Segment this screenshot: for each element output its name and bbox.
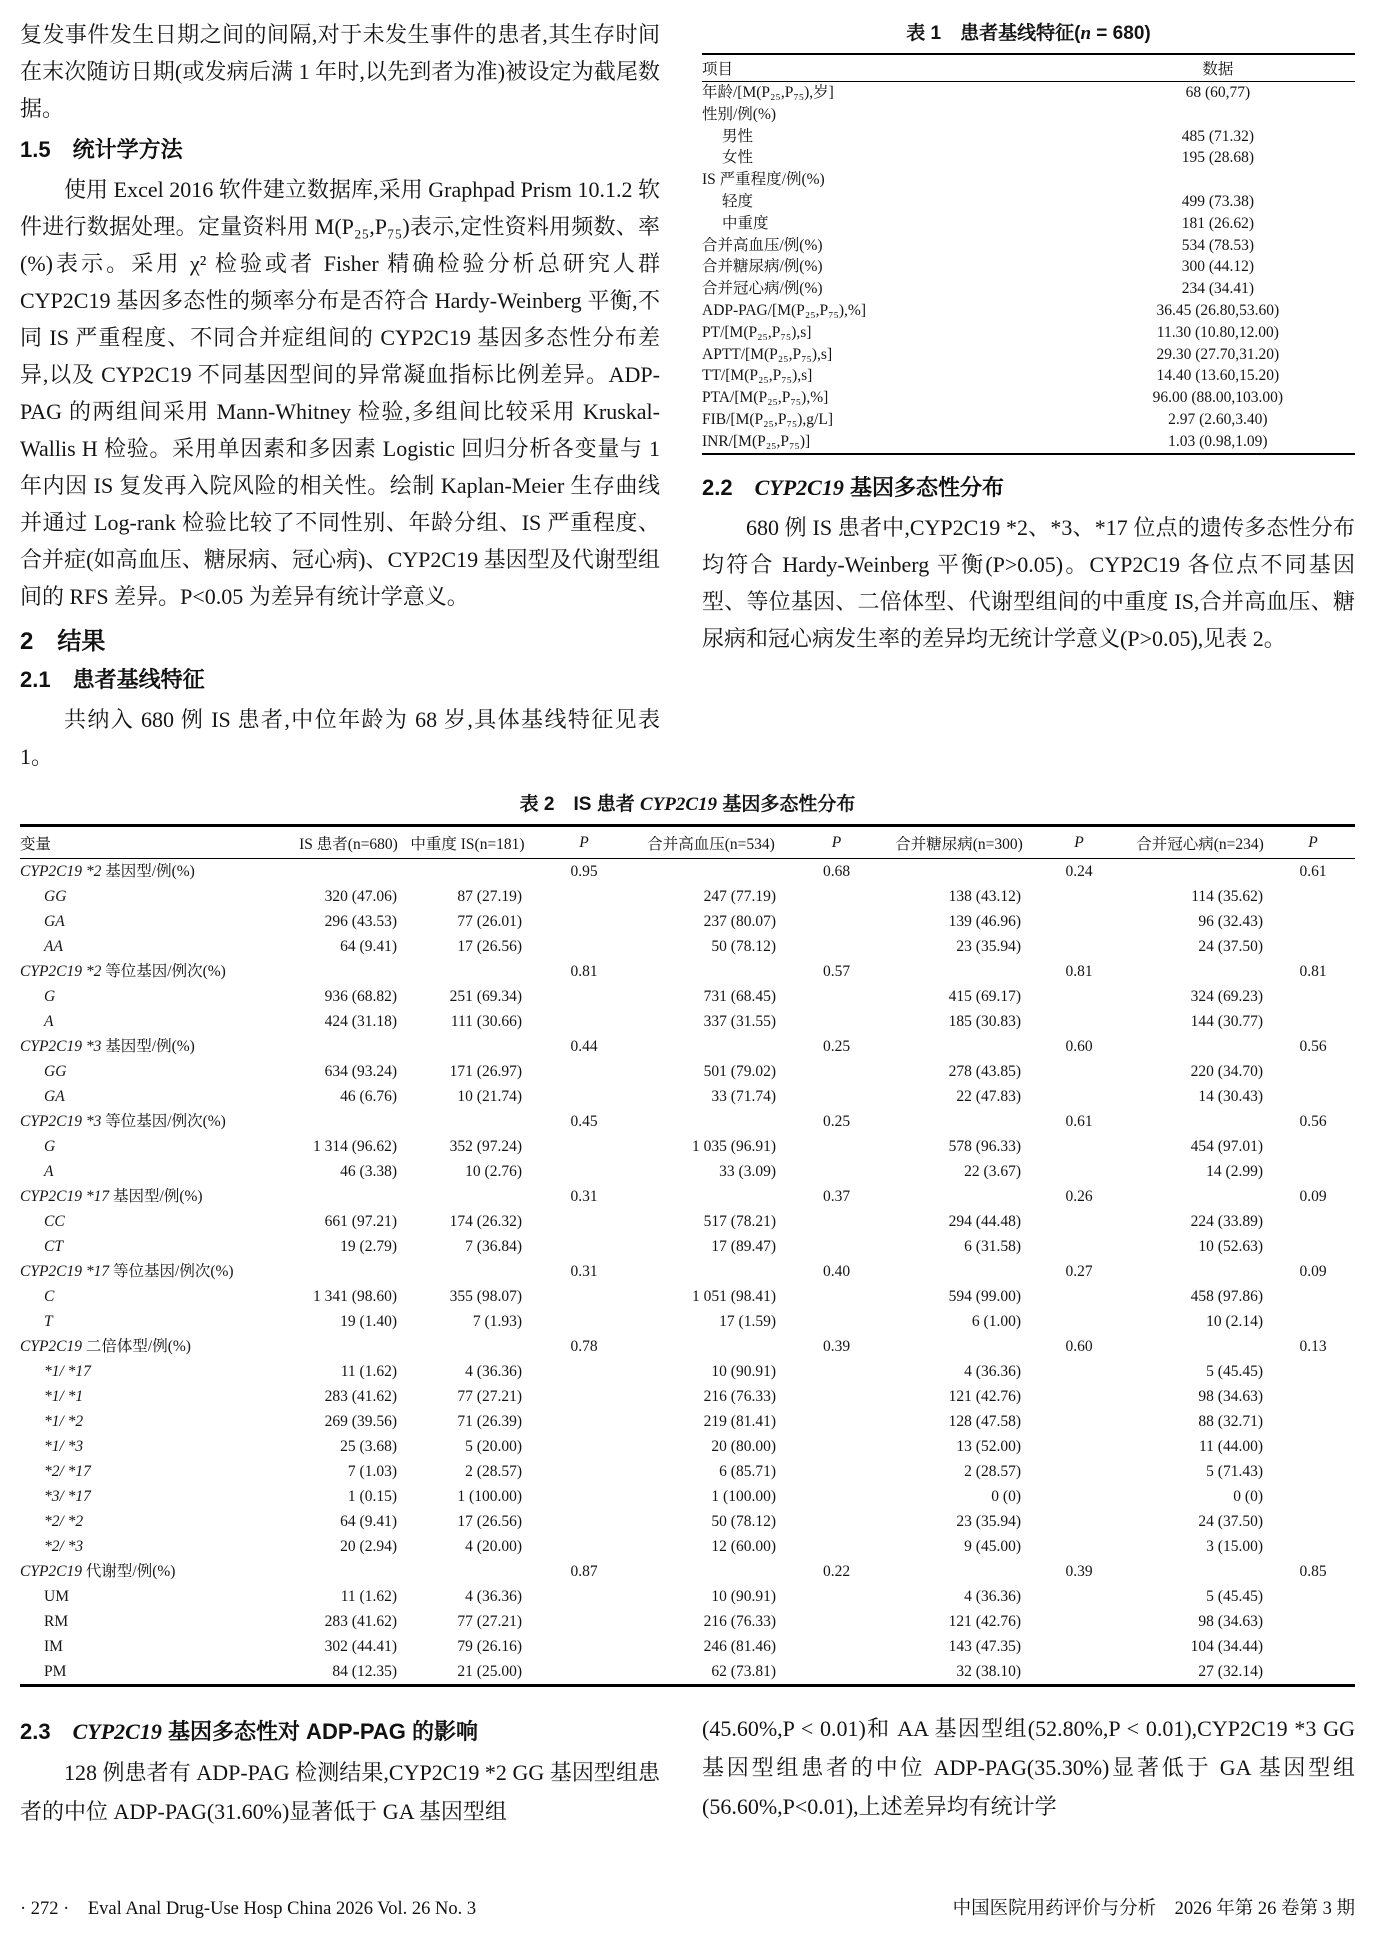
table2-cell: 114 (35.62) (1129, 884, 1271, 909)
table2-cell: 77 (26.01) (405, 909, 530, 934)
table2-p-value (1029, 1584, 1129, 1609)
table2-cell: 185 (30.83) (889, 1009, 1029, 1034)
table1-row: APTT/[M(P₂₅,P₇₅),s]29.30 (27.70,31.20) (702, 344, 1355, 366)
table2-row: CYP2C19 *3 等位基因/例次(%)0.450.250.610.56 (20, 1109, 1355, 1134)
table2-p-value (1029, 1159, 1129, 1184)
bottom-left-column: 2.3 CYP2C19 基因多态性对 ADP-PAG 的影响 128 例患者有 … (20, 1709, 660, 1831)
table2-cell: 9 (45.00) (889, 1534, 1029, 1559)
table2-cell: 11 (44.00) (1129, 1434, 1271, 1459)
table2-cell: 79 (26.16) (405, 1634, 530, 1659)
footer-journal-en: · 272 · Eval Anal Drug-Use Hosp China 20… (20, 1894, 476, 1920)
table2-p-value: 0.25 (784, 1109, 889, 1134)
table2-p-value (1029, 1634, 1129, 1659)
table2-p-value: 0.85 (1271, 1559, 1355, 1584)
table2-cell: 283 (41.62) (292, 1609, 405, 1634)
table2-p-value: 0.81 (530, 959, 638, 984)
table2-cell: 22 (47.83) (889, 1084, 1029, 1109)
table2-row-label: RM (20, 1609, 292, 1634)
table2-p-value (530, 1284, 638, 1309)
table2-title-em: CYP2C19 (640, 794, 717, 815)
table2-row: IM302 (44.41)79 (26.16)246 (81.46)143 (4… (20, 1634, 1355, 1659)
table2-cell: 2 (28.57) (405, 1459, 530, 1484)
table2-p-value (1271, 1059, 1355, 1084)
table2-cell: 220 (34.70) (1129, 1059, 1271, 1084)
table2-row-label: CYP2C19 *17 等位基因/例次(%) (20, 1259, 292, 1284)
table1-item-label: 年龄/[M(P₂₅,P₇₅),岁] (702, 82, 1081, 104)
table2-cell: 98 (34.63) (1129, 1609, 1271, 1634)
table2-header-p: P (530, 826, 638, 859)
table2-p-value (1029, 1359, 1129, 1384)
table2-p-value: 0.87 (530, 1559, 638, 1584)
table2-p-value: 0.81 (1271, 959, 1355, 984)
table2-cell (292, 1034, 405, 1059)
table2-p-value: 0.27 (1029, 1259, 1129, 1284)
table2-cell: 320 (47.06) (292, 884, 405, 909)
section-2-2: 2.2 CYP2C19 基因多态性分布 680 例 IS 患者中,CYP2C19… (702, 473, 1355, 657)
table1-item-label: TT/[M(P₂₅,P₇₅),s] (702, 365, 1081, 387)
table2-p-value (530, 1059, 638, 1084)
bottom-right-column: (45.60%,P < 0.01)和 AA 基因型组(52.80%,P < 0.… (702, 1709, 1355, 1826)
table2-p-value (530, 1534, 638, 1559)
table2-cell: 171 (26.97) (405, 1059, 530, 1084)
table2-p-value (784, 1584, 889, 1609)
table2-row-label: CT (20, 1234, 292, 1259)
table2-cell: 501 (79.02) (638, 1059, 784, 1084)
table2-p-value (530, 1134, 638, 1159)
table2-header-group: 合并高血压(n=534) (638, 826, 784, 859)
table2-cell: 23 (35.94) (889, 1509, 1029, 1534)
table1-item-label: FIB/[M(P₂₅,P₇₅),g/L] (702, 409, 1081, 431)
table2-header-row: 变量IS 患者(n=680)中重度 IS(n=181)P合并高血压(n=534)… (20, 826, 1355, 859)
table2-p-value (530, 984, 638, 1009)
table2-cell (638, 1184, 784, 1209)
table2-p-value (1271, 984, 1355, 1009)
table2-cell (292, 859, 405, 885)
table2-p-value (784, 1159, 889, 1184)
section-2-3-heading: 2.3 CYP2C19 基因多态性对 ADP-PAG 的影响 (20, 1717, 660, 1747)
table2-cell: 294 (44.48) (889, 1209, 1029, 1234)
table2-cell (405, 1109, 530, 1134)
table2-cell: 144 (30.77) (1129, 1009, 1271, 1034)
table2-p-value (1029, 1484, 1129, 1509)
table2-p-value (530, 934, 638, 959)
table1-item-label: APTT/[M(P₂₅,P₇₅),s] (702, 344, 1081, 366)
table2-cell (405, 1334, 530, 1359)
table2-row: CYP2C19 *3 基因型/例(%)0.440.250.600.56 (20, 1034, 1355, 1059)
table2-p-value (530, 1409, 638, 1434)
table2-cell: 143 (47.35) (889, 1634, 1029, 1659)
table2-cell: 1 341 (98.60) (292, 1284, 405, 1309)
table2-p-value (530, 1084, 638, 1109)
table1-row: 轻度499 (73.38) (702, 191, 1355, 213)
section-2-2-heading: 2.2 CYP2C19 基因多态性分布 (702, 473, 1355, 503)
table2-row: A46 (3.38)10 (2.76)33 (3.09)22 (3.67)14 … (20, 1159, 1355, 1184)
table2-p-value (1029, 1459, 1129, 1484)
table2-header-variable: 变量 (20, 826, 292, 859)
table1-row: 合并糖尿病/例(%)300 (44.12) (702, 256, 1355, 278)
table2-p-value (530, 1434, 638, 1459)
table2-cell: 1 051 (98.41) (638, 1284, 784, 1309)
table2-p-value (1029, 1384, 1129, 1409)
table2-cell: 128 (47.58) (889, 1409, 1029, 1434)
table2-p-value (784, 1484, 889, 1509)
table2-cell: 23 (35.94) (889, 934, 1029, 959)
table2-p-value (1271, 1409, 1355, 1434)
table2-cell (889, 859, 1029, 885)
section-1-5-paragraph: 使用 Excel 2016 软件建立数据库,采用 Graphpad Prism … (20, 171, 660, 615)
table2-p-value: 0.39 (784, 1334, 889, 1359)
table2-row-label: G (20, 984, 292, 1009)
table2-p-value: 0.78 (530, 1334, 638, 1359)
table2-row: *3/ *171 (0.15)1 (100.00)1 (100.00)0 (0)… (20, 1484, 1355, 1509)
table2-p-value (784, 1634, 889, 1659)
table2-p-value (784, 909, 889, 934)
table2-cell: 11 (1.62) (292, 1359, 405, 1384)
table2-cell: 355 (98.07) (405, 1284, 530, 1309)
table2-cell: 594 (99.00) (889, 1284, 1029, 1309)
table2-p-value (1029, 909, 1129, 934)
table2-row-label: *2/ *3 (20, 1534, 292, 1559)
table2-p-value (1271, 1084, 1355, 1109)
table2-cell: 10 (2.76) (405, 1159, 530, 1184)
table2-row: G936 (68.82)251 (69.34)731 (68.45)415 (6… (20, 984, 1355, 1009)
table2-cell: 50 (78.12) (638, 1509, 784, 1534)
table1-item-label: 合并高血压/例(%) (702, 235, 1081, 257)
table2-p-value (784, 1434, 889, 1459)
table2-cell: 98 (34.63) (1129, 1384, 1271, 1409)
table2-p-value (1029, 1509, 1129, 1534)
table2-cell (889, 1259, 1029, 1284)
table2-cell: 111 (30.66) (405, 1009, 530, 1034)
table2-p-value (784, 1659, 889, 1686)
table2-cell (638, 1034, 784, 1059)
table2-cell (405, 1259, 530, 1284)
table2-cell (889, 1034, 1029, 1059)
table1-item-value: 14.40 (13.60,15.20) (1081, 365, 1355, 387)
table2-cell: 96 (32.43) (1129, 909, 1271, 934)
table2-cell: 0 (0) (1129, 1484, 1271, 1509)
table2-cell (292, 959, 405, 984)
table2-cell: 251 (69.34) (405, 984, 530, 1009)
table2-cell: 4 (36.36) (405, 1359, 530, 1384)
table2-cell: 454 (97.01) (1129, 1134, 1271, 1159)
table2-cell (1129, 859, 1271, 885)
table1-title-em: n (1080, 23, 1091, 44)
table2-cell: 296 (43.53) (292, 909, 405, 934)
table2-cell (1129, 1559, 1271, 1584)
table2-cell: 6 (85.71) (638, 1459, 784, 1484)
table2-p-value (1271, 1234, 1355, 1259)
table2-row-label: IM (20, 1634, 292, 1659)
table2-header-p: P (1029, 826, 1129, 859)
table2-cell: 14 (2.99) (1129, 1159, 1271, 1184)
table2-p-value (1271, 1609, 1355, 1634)
table2-cell (1129, 1259, 1271, 1284)
table2-cell: 458 (97.86) (1129, 1284, 1271, 1309)
table2-row: G1 314 (96.62)352 (97.24)1 035 (96.91)57… (20, 1134, 1355, 1159)
table1-item-value: 29.30 (27.70,31.20) (1081, 344, 1355, 366)
table1-title: 表 1 患者基线特征(n = 680) (702, 18, 1355, 45)
table2-cell: 283 (41.62) (292, 1384, 405, 1409)
table2-cell: 121 (42.76) (889, 1609, 1029, 1634)
table2-cell (638, 959, 784, 984)
table2-p-value: 0.37 (784, 1184, 889, 1209)
table2-cell: 121 (42.76) (889, 1384, 1029, 1409)
table2-p-value (530, 1209, 638, 1234)
table2-cell: 10 (2.14) (1129, 1309, 1271, 1334)
table2-cell: 10 (21.74) (405, 1084, 530, 1109)
table2-row: *2/ *177 (1.03)2 (28.57)6 (85.71)2 (28.5… (20, 1459, 1355, 1484)
table2-cell (405, 959, 530, 984)
table2-p-value: 0.61 (1029, 1109, 1129, 1134)
table2-p-value (530, 1234, 638, 1259)
table1-item-label: INR/[M(P₂₅,P₇₅)] (702, 431, 1081, 454)
table2-cell (1129, 1109, 1271, 1134)
table1-row: 中重度181 (26.62) (702, 213, 1355, 235)
table2-cell: 10 (90.91) (638, 1359, 784, 1384)
table2-p-value (1271, 1209, 1355, 1234)
table2-cell (405, 1184, 530, 1209)
table2-cell: 2 (28.57) (889, 1459, 1029, 1484)
table2-cell: 4 (36.36) (405, 1584, 530, 1609)
table2-p-value (784, 1284, 889, 1309)
table2-cell: 17 (1.59) (638, 1309, 784, 1334)
table2-cell (889, 1109, 1029, 1134)
section-2-3-paragraph-left: 128 例患者有 ADP-PAG 检测结果,CYP2C19 *2 GG 基因型组… (20, 1753, 660, 1831)
table2-cell: 20 (80.00) (638, 1434, 784, 1459)
table2-row: *2/ *320 (2.94)4 (20.00)12 (60.00)9 (45.… (20, 1534, 1355, 1559)
table2-cell: 64 (9.41) (292, 1509, 405, 1534)
table2-cell: 0 (0) (889, 1484, 1029, 1509)
table1-item-value: 2.97 (2.60,3.40) (1081, 409, 1355, 431)
table2-cell: 6 (31.58) (889, 1234, 1029, 1259)
table2-row-label: A (20, 1159, 292, 1184)
table2-cell: 32 (38.10) (889, 1659, 1029, 1686)
table1-item-value: 68 (60,77) (1081, 82, 1355, 104)
table2-row-label: T (20, 1309, 292, 1334)
table2-row-label: *1/ *2 (20, 1409, 292, 1434)
table2-p-value: 0.31 (530, 1259, 638, 1284)
table2-cell: 237 (80.07) (638, 909, 784, 934)
table2-row-label: PM (20, 1659, 292, 1686)
table2-p-value (1271, 1659, 1355, 1686)
table2-cell: 10 (52.63) (1129, 1234, 1271, 1259)
table1-header-data: 数据 (1081, 54, 1355, 82)
table2-row: PM84 (12.35)21 (25.00)62 (73.81)32 (38.1… (20, 1659, 1355, 1686)
table2-p-value (1271, 1284, 1355, 1309)
table2-p-value (530, 1659, 638, 1686)
table2-row-label: UM (20, 1584, 292, 1609)
table2-row: CYP2C19 代谢型/例(%)0.870.220.390.85 (20, 1559, 1355, 1584)
table2-p-value (1271, 1384, 1355, 1409)
table2-cell: 46 (6.76) (292, 1084, 405, 1109)
table2-p-value: 0.45 (530, 1109, 638, 1134)
table1-row: 合并冠心病/例(%)234 (34.41) (702, 278, 1355, 300)
table2-p-value (1029, 1434, 1129, 1459)
table2-p-value: 0.09 (1271, 1259, 1355, 1284)
table1-item-label: 中重度 (702, 213, 1081, 235)
table2-p-value (1271, 1434, 1355, 1459)
table2-p-value (784, 1509, 889, 1534)
table2-cell: 64 (9.41) (292, 934, 405, 959)
table1-item-value: 11.30 (10.80,12.00) (1081, 322, 1355, 344)
table2-cell: 216 (76.33) (638, 1609, 784, 1634)
table2-title-prefix: 表 2 IS 患者 (520, 794, 640, 815)
section-2-3-paragraph-right: (45.60%,P < 0.01)和 AA 基因型组(52.80%,P < 0.… (702, 1709, 1355, 1826)
table2-p-value (1271, 1459, 1355, 1484)
table2-cell: 302 (44.41) (292, 1634, 405, 1659)
table2-row: GG320 (47.06)87 (27.19)247 (77.19)138 (4… (20, 884, 1355, 909)
table2-cell: 216 (76.33) (638, 1384, 784, 1409)
table2-row: GG634 (93.24)171 (26.97)501 (79.02)278 (… (20, 1059, 1355, 1084)
table2-cell: 71 (26.39) (405, 1409, 530, 1434)
table2-p-value (1271, 1509, 1355, 1534)
table1-item-label: ADP-PAG/[M(P₂₅,P₇₅),%] (702, 300, 1081, 322)
table2-cell: 11 (1.62) (292, 1584, 405, 1609)
table2-p-value (784, 884, 889, 909)
table2-p-value (784, 1534, 889, 1559)
table2-row-label: CYP2C19 *17 基因型/例(%) (20, 1184, 292, 1209)
section-2-2-number: 2.2 (702, 475, 755, 500)
table2-row: CYP2C19 *17 基因型/例(%)0.310.370.260.09 (20, 1184, 1355, 1209)
table2-cell: 17 (26.56) (405, 1509, 530, 1534)
table2-cell: 17 (26.56) (405, 934, 530, 959)
table2-cell: 269 (39.56) (292, 1409, 405, 1434)
table1-row: 合并高血压/例(%)534 (78.53) (702, 235, 1355, 257)
table2-cell (405, 859, 530, 885)
table2-cell: 4 (36.36) (889, 1359, 1029, 1384)
table1-item-value: 195 (28.68) (1081, 147, 1355, 169)
table2-cell: 14 (30.43) (1129, 1084, 1271, 1109)
table1-item-label: 女性 (702, 147, 1081, 169)
table2-cell: 25 (3.68) (292, 1434, 405, 1459)
table2-cell: 7 (1.03) (292, 1459, 405, 1484)
table1-item-label: PTA/[M(P₂₅,P₇₅),%] (702, 387, 1081, 409)
table1-title-rest: = 680) (1091, 23, 1151, 44)
table2-p-value (1029, 984, 1129, 1009)
table2-cell: 1 (0.15) (292, 1484, 405, 1509)
table2-row-label: CYP2C19 *3 基因型/例(%) (20, 1034, 292, 1059)
table2-row: *1/ *325 (3.68)5 (20.00)20 (80.00)13 (52… (20, 1434, 1355, 1459)
table2-p-value: 0.40 (784, 1259, 889, 1284)
table2-p-value (1029, 1534, 1129, 1559)
table2-p-value (784, 1084, 889, 1109)
table2-cell: 139 (46.96) (889, 909, 1029, 934)
table2-row-label: A (20, 1009, 292, 1034)
table2-row: *1/ *1711 (1.62)4 (36.36)10 (90.91)4 (36… (20, 1359, 1355, 1384)
table2-p-value (784, 1609, 889, 1634)
table2-row: CC661 (97.21)174 (26.32)517 (78.21)294 (… (20, 1209, 1355, 1234)
table1-baseline-characteristics: 项目 数据 年龄/[M(P₂₅,P₇₅),岁]68 (60,77)性别/例(%)… (702, 53, 1355, 455)
page-footer: · 272 · Eval Anal Drug-Use Hosp China 20… (20, 1894, 1355, 1920)
table2-cell: 517 (78.21) (638, 1209, 784, 1234)
table2-row-label: AA (20, 934, 292, 959)
table1-item-label: IS 严重程度/例(%) (702, 169, 1081, 191)
table1-item-value: 96.00 (88.00,103.00) (1081, 387, 1355, 409)
table2-cell: 7 (1.93) (405, 1309, 530, 1334)
table2-p-value: 0.13 (1271, 1334, 1355, 1359)
table2-cell: 21 (25.00) (405, 1659, 530, 1686)
table2-p-value (530, 909, 638, 934)
table1-row: 女性195 (28.68) (702, 147, 1355, 169)
table2-cell (638, 1559, 784, 1584)
table1-item-value: 499 (73.38) (1081, 191, 1355, 213)
table1-item-label: 男性 (702, 126, 1081, 148)
table2-cell: 46 (3.38) (292, 1159, 405, 1184)
left-column: 复发事件发生日期之间的间隔,对于未发生事件的患者,其生存时间在末次随访日期(或发… (20, 16, 660, 775)
table2-cell: 278 (43.85) (889, 1059, 1029, 1084)
table2-cell: 104 (34.44) (1129, 1634, 1271, 1659)
table2-p-value (530, 1309, 638, 1334)
table2-cell: 24 (37.50) (1129, 934, 1271, 959)
table2-row-label: *2/ *2 (20, 1509, 292, 1534)
table2-cell (1129, 1334, 1271, 1359)
table1-row: IS 严重程度/例(%) (702, 169, 1355, 191)
table2-p-value: 0.44 (530, 1034, 638, 1059)
table2-title-rest: 基因多态性分布 (717, 794, 855, 815)
table2-p-value (1271, 1634, 1355, 1659)
table2-p-value (784, 1384, 889, 1409)
table1-row: PT/[M(P₂₅,P₇₅),s]11.30 (10.80,12.00) (702, 322, 1355, 344)
table2-cell: 246 (81.46) (638, 1634, 784, 1659)
table2-cell: 731 (68.45) (638, 984, 784, 1009)
table2-cell (638, 1109, 784, 1134)
table2-cell: 337 (31.55) (638, 1009, 784, 1034)
table2-cell: 77 (27.21) (405, 1384, 530, 1409)
section-2-1-heading: 2.1 患者基线特征 (20, 665, 660, 695)
table2-p-value (784, 1009, 889, 1034)
table2-cell: 87 (27.19) (405, 884, 530, 909)
table2-p-value (530, 1459, 638, 1484)
table2-cell (1129, 1184, 1271, 1209)
table1-item-label: 性别/例(%) (702, 104, 1081, 126)
table2-p-value (530, 884, 638, 909)
table2-p-value (1271, 1484, 1355, 1509)
table2-cell (292, 1184, 405, 1209)
table2-p-value (1029, 1209, 1129, 1234)
table2-row-label: GG (20, 884, 292, 909)
table1-item-value: 300 (44.12) (1081, 256, 1355, 278)
top-two-column-section: 复发事件发生日期之间的间隔,对于未发生事件的患者,其生存时间在末次随访日期(或发… (20, 16, 1355, 775)
table2-p-value (530, 1384, 638, 1409)
intro-paragraph: 复发事件发生日期之间的间隔,对于未发生事件的患者,其生存时间在末次随访日期(或发… (20, 16, 660, 127)
table2-row: AA64 (9.41)17 (26.56)50 (78.12)23 (35.94… (20, 934, 1355, 959)
table2-p-value (1271, 1009, 1355, 1034)
table2-cell: 219 (81.41) (638, 1409, 784, 1434)
table2-header-group: 合并糖尿病(n=300) (889, 826, 1029, 859)
table2-cell: 352 (97.24) (405, 1134, 530, 1159)
table1-item-value: 485 (71.32) (1081, 126, 1355, 148)
table2-row-label: *1/ *1 (20, 1384, 292, 1409)
table2-row-label: GG (20, 1059, 292, 1084)
table2-p-value (784, 1059, 889, 1084)
table2-cell: 24 (37.50) (1129, 1509, 1271, 1534)
table2-row: CT19 (2.79)7 (36.84)17 (89.47)6 (31.58)1… (20, 1234, 1355, 1259)
table2-cell: 27 (32.14) (1129, 1659, 1271, 1686)
table2-cell: 33 (3.09) (638, 1159, 784, 1184)
table2-row-label: GA (20, 1084, 292, 1109)
table2-row: *1/ *1283 (41.62)77 (27.21)216 (76.33)12… (20, 1384, 1355, 1409)
table2-row: CYP2C19 *17 等位基因/例次(%)0.310.400.270.09 (20, 1259, 1355, 1284)
table2-p-value: 0.31 (530, 1184, 638, 1209)
table2-row-label: *2/ *17 (20, 1459, 292, 1484)
table2-cell: 5 (45.45) (1129, 1584, 1271, 1609)
table2-cell (889, 1559, 1029, 1584)
table2-cell: 7 (36.84) (405, 1234, 530, 1259)
table2-cell: 4 (36.36) (889, 1584, 1029, 1609)
table2-row: *1/ *2269 (39.56)71 (26.39)219 (81.41)12… (20, 1409, 1355, 1434)
table1-item-label: 合并冠心病/例(%) (702, 278, 1081, 300)
